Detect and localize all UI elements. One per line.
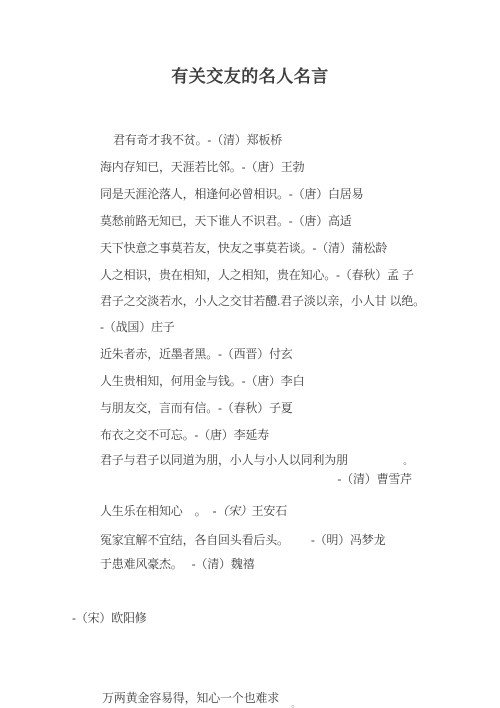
quote-line-4: 莫愁前路无知已，天下谁人不识君。-（唐）高适 [100, 213, 352, 229]
quote-line-7: 君子之交淡若水，小人之交甘若醴.君子淡以亲，小人甘 以绝。 [100, 293, 425, 309]
quote-attribution-line: -（宋）欧阳修 [72, 610, 147, 626]
page-title: 有关交友的名人名言 [0, 62, 500, 87]
quote-line-2: 海内存知已，天涯若比邻。-（唐）王勃 [100, 159, 304, 175]
quote-line-9: 近朱者赤，近墨者黑。-（西晋）付玄 [100, 346, 293, 362]
quote-text: 人生贵相知，何用金与钱。-（唐）李白 [100, 374, 304, 388]
quote-line-5: 天下快意之事莫若友，快友之事莫若谈。-（清）蒲松龄 [100, 240, 387, 256]
quote-text: 人生乐在相知心 [100, 504, 183, 518]
quote-text: -（宋）欧阳修 [72, 611, 147, 625]
document-page: 有关交友的名人名言 君有奇才我不贫。-（清）郑板桥 海内存知已，天涯若比邻。-（… [0, 0, 500, 708]
quote-text: 万两黄金容易得，知心一个也难求 [102, 691, 279, 705]
quote-line-1: 君有奇才我不贫。-（清）郑板桥 [113, 132, 282, 148]
quote-text: 君子之交淡若水，小人之交甘若醴.君子淡以亲，小人甘 以绝。 [100, 294, 425, 308]
quote-line-19: 万两黄金容易得，知心一个也难求。 [102, 690, 301, 708]
quote-text: 君子与君子以同道为朋，小人与小人以同利为朋 [100, 453, 348, 467]
quote-line-17: 于患难风豪杰。-（清）魏禧 [100, 556, 254, 572]
quote-line-12: 布衣之交不可忘。-（唐）李延寿 [100, 427, 269, 443]
quote-text: 于患难风豪杰。 [100, 557, 183, 571]
quote-attribution-line: -（清）曹雪芹 [100, 471, 412, 487]
quote-line-13: 君子与君子以同道为朋，小人与小人以同利为朋 。 [100, 452, 412, 468]
quote-attribution-line: -（战国）庄子 [100, 319, 175, 335]
quote-line-11: 与朋友交，言而有信。-（春秋）子夏 [100, 400, 293, 416]
quote-attribution: -（明）冯梦龙 [311, 533, 386, 547]
quote-line-10: 人生贵相知，何用金与钱。-（唐）李白 [100, 373, 304, 389]
period-mark: 。 [403, 453, 412, 469]
quote-author: 王安石 [252, 504, 287, 518]
quote-text: 冤家宜解不宜结，各自回头看后头。 [100, 533, 289, 547]
quote-line-3: 同是天涯沦落人，相逢何必曾相识。-（唐）白居易 [100, 186, 363, 202]
quote-line-15: 人生乐在相知心。-（宋）王安石 [100, 503, 287, 519]
quote-text: 近朱者赤，近墨者黑。-（西晋）付玄 [100, 347, 293, 361]
quote-text: 布衣之交不可忘。-（唐）李延寿 [100, 428, 269, 442]
quote-line-6: 人之相识，贵在相知，人之相知，贵在知心。-（春秋）孟 子 [100, 267, 414, 283]
quote-text: 同是天涯沦落人，相逢何必曾相识。-（唐）白居易 [100, 187, 363, 201]
quote-text: 海内存知已，天涯若比邻。-（唐）王勃 [100, 160, 304, 174]
quote-attribution: -（清）魏禧 [192, 557, 255, 571]
quote-text: 君有奇才我不贫。-（清）郑板桥 [113, 133, 282, 147]
quote-text: 人之相识，贵在相知，人之相知，贵在知心。-（春秋）孟 子 [100, 268, 414, 282]
quote-text: -（战国）庄子 [100, 320, 175, 334]
period-mark: 。 [291, 699, 301, 708]
quote-text: 与朋友交，言而有信。-（春秋）子夏 [100, 401, 293, 415]
quote-text: 莫愁前路无知已，天下谁人不识君。-（唐）高适 [100, 214, 352, 228]
quote-text: 天下快意之事莫若友，快友之事莫若谈。-（清）蒲松龄 [100, 241, 387, 255]
quote-line-16: 冤家宜解不宜结，各自回头看后头。-（明）冯梦龙 [100, 532, 385, 548]
quote-text: -（清）曹雪芹 [337, 472, 412, 486]
period-mark: 。 [195, 504, 207, 518]
quote-era: -（宋） [212, 504, 251, 518]
